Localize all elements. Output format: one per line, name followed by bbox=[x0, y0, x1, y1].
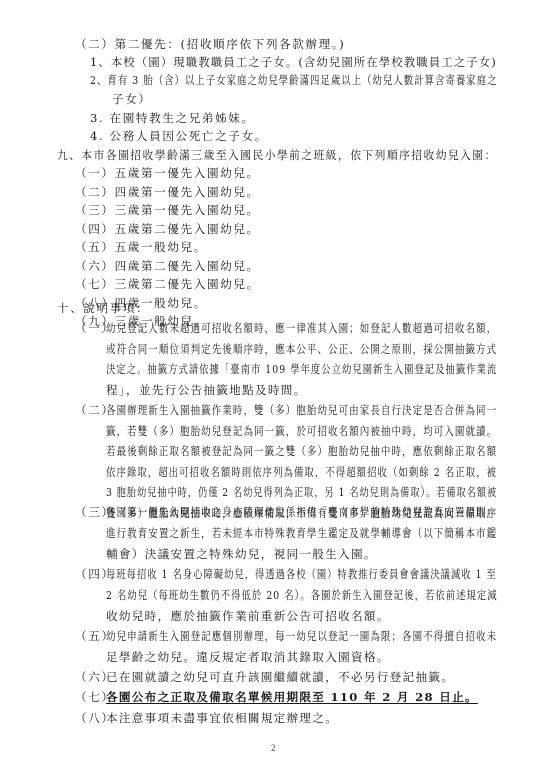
section-10-item-text: 決定之。抽籤方式請依據「臺南市 109 學年度公立幼兒園新生入園登記及抽籤作業流 bbox=[106, 362, 497, 376]
section-9-item: （一）五歲第一優先入園幼兒。 bbox=[75, 166, 260, 180]
deadline-notice: 各園公布之正取及備取名單候用期限至 110 年 2 月 28 日止。 bbox=[106, 690, 478, 704]
document-page: （二）第二優先：(招收順序依下列各款辦理。) 1、本校（園）現職教職員工之子女。… bbox=[0, 0, 550, 778]
section-10-item-text: 幼兒登記人數未超過可招收名額時，應一律准其入園；如登記人數超過可招收名額， bbox=[106, 321, 497, 335]
page-number: 2 bbox=[271, 743, 276, 753]
section-10-item-text: 進行教育安置之新生，若未經本市特殊教育學生鑑定及就學輔導會（以下簡稱本市鑑 bbox=[106, 526, 497, 540]
section-9-item: （五）五歲一般幼兒。 bbox=[75, 240, 207, 254]
section-10-item-text: 籤，若雙（多）胞胎幼兒登記為同一籤，於可招收名額內被抽中時，均可入園就讀。 bbox=[106, 424, 497, 438]
section-10-heading: 十、說明事項： bbox=[57, 301, 149, 315]
section-10-item-text: 輔會）決議安置之特殊幼兒，視同一般生入園。 bbox=[106, 547, 377, 561]
section-9-item: （四）五歲第二優先入園幼兒。 bbox=[75, 222, 260, 236]
section-10-item-text: 收幼兒時，應於抽籤作業前重新公告可招收名額。 bbox=[106, 609, 390, 623]
section-10-item-text: 每班每招收 1 名身心障礙幼兒，得透過各校（園）特教推行委員會會議決議減收 1 … bbox=[106, 567, 497, 581]
priority-2-item-3: 3. 在園特教生之兄弟姊妹。 bbox=[90, 111, 255, 125]
section-10-item-text: 各園辦理新生入園抽籤作業時，雙（多）胞胎幼兒可由家長自行決定是否合併為同一 bbox=[106, 403, 497, 417]
section-10-item-text: 各園第一優先入園招收之身心障礙幼兒係指依「臺南市學前特殊幼兒教育安置原則」 bbox=[106, 505, 497, 519]
section-10-item-text: 程」，並先行公告抽籤地點及時間。 bbox=[106, 383, 307, 397]
priority-2-item-2-cont: 子女） bbox=[112, 92, 152, 106]
section-9-item: （六）四歲第二優先入園幼兒。 bbox=[75, 259, 260, 273]
section-10-item-text: 足學齡之幼兒。違反規定者取消其錄取入園資格。 bbox=[106, 650, 390, 664]
section-10-item-text: 本注意事項未盡事宜依相關規定辦理之。 bbox=[106, 711, 338, 725]
section-10-item-text: 2 名幼兒（每班幼生數仍不得低於 20 名）。各園於新生入園登記後，若依前述規定… bbox=[106, 588, 498, 602]
priority-2-item-4: 4. 公務人員因公死亡之子女。 bbox=[90, 129, 268, 143]
priority-2-item-2: 2、育有 3 胎（含）以上子女家庭之幼兒學齡滿四足歲以上（幼兒人數計算含寄養家庭… bbox=[90, 73, 498, 87]
section-10-item-text: 已在園就讀之幼兒可直升該園繼續就讀，不必另行登記抽籤。 bbox=[106, 670, 454, 684]
section-10-item-text: 依序錄取，超出可招收名額時則依序列為備取，不得超額招收（如剩餘 2 名正取，被 bbox=[106, 465, 497, 479]
section-9-item: （七）三歲第二優先入園幼兒。 bbox=[75, 277, 260, 291]
priority-2-item-1: 1、本校（園）現職教職員工之子女。(含幼兒園所在學校教職員工之子女) bbox=[90, 55, 497, 69]
section-9-item: （三）三歲第一優先入園幼兒。 bbox=[75, 203, 260, 217]
section-9-heading: 九、本市各園招收學齡滿三歲至入國民小學前之班級，依下列順序招收幼兒入園： bbox=[57, 148, 497, 162]
section-10-item-text: 若最後剩餘正取名額被登記為同一籤之雙（多）胞胎幼兒抽中時，應依剩餘正取名額 bbox=[106, 444, 497, 458]
section-10-item-text: 或符合同一順位須判定先後順序時，應本公平、公正、公開之原則，採公開抽籤方式 bbox=[106, 342, 497, 356]
section-9-item: （二）四歲第一優先入園幼兒。 bbox=[75, 185, 260, 199]
priority-2-heading: （二）第二優先：(招收順序依下列各款辦理。) bbox=[75, 37, 345, 51]
section-10-item-text: 3 胞胎幼兒抽中時，仍僅 2 名幼兒得列為正取，另 1 名幼兒則為備取）。若備取… bbox=[106, 485, 497, 499]
section-10-item-text: 幼兒申請新生入園登記應個別辦理，每一幼兒以登記一園為限；各園不得擅自招收未 bbox=[106, 629, 497, 643]
